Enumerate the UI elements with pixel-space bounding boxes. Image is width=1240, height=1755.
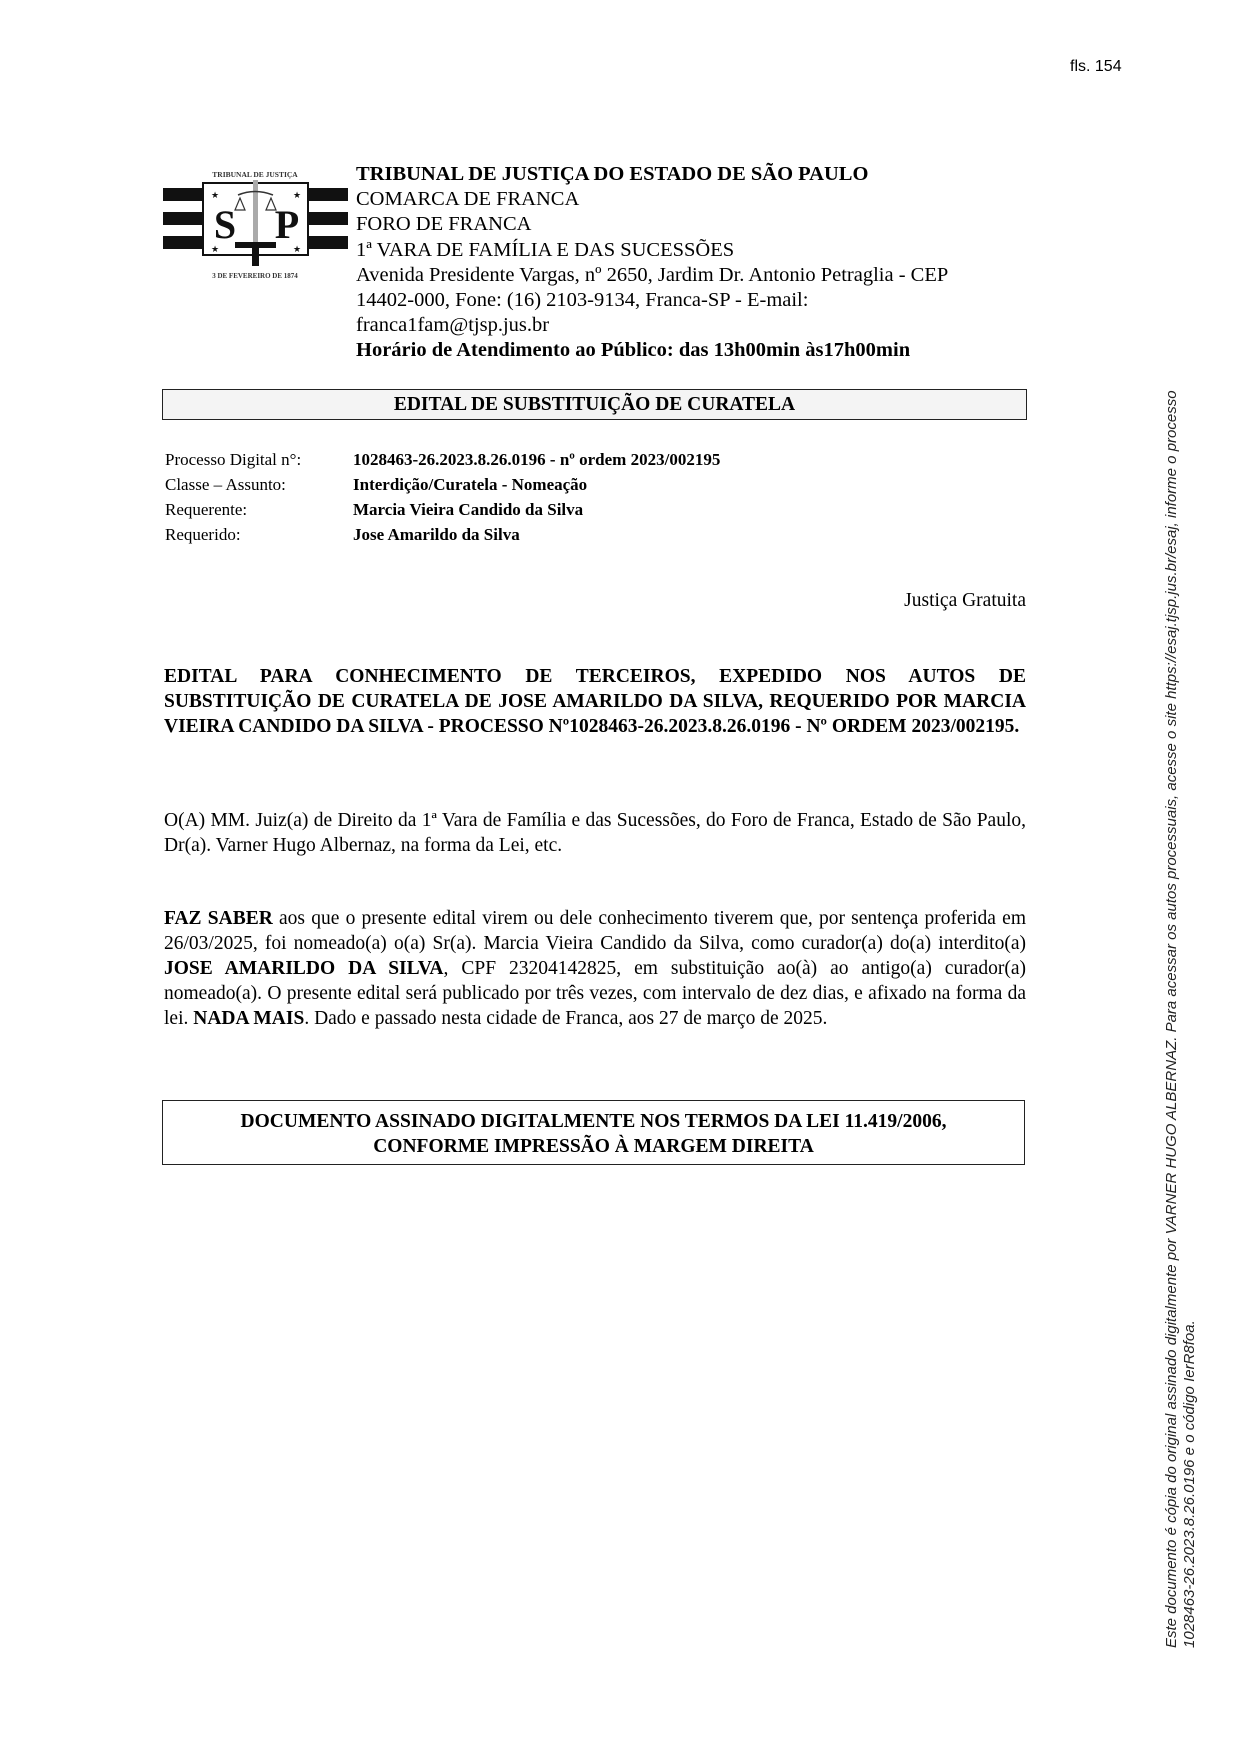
- svg-text:★: ★: [293, 190, 301, 200]
- nada-mais: NADA MAIS: [193, 1008, 304, 1029]
- office-hours: Horário de Atendimento ao Público: das 1…: [356, 338, 1036, 363]
- comarca: COMARCA DE FRANCA: [356, 187, 1036, 212]
- svg-text:★: ★: [211, 244, 219, 254]
- signature-line-1: DOCUMENTO ASSINADO DIGITALMENTE NOS TERM…: [163, 1109, 1024, 1134]
- field-label: Requerido:: [165, 522, 353, 547]
- signature-line-2: CONFORME IMPRESSÃO À MARGEM DIREITA: [163, 1134, 1024, 1159]
- faz-saber-lead: FAZ SABER: [164, 908, 273, 929]
- court-emblem-icon: TRIBUNAL DE JUSTIÇA S P ★ ★ ★ ★ 3 DE FEV…: [163, 150, 348, 285]
- svg-text:P: P: [275, 202, 299, 247]
- field-value: Interdição/Curatela - Nomeação: [353, 472, 587, 497]
- margin-line-2: 1028463-26.2023.8.26.0196 e o código Ier…: [1181, 390, 1199, 1648]
- field-row-processo: Processo Digital n°: 1028463-26.2023.8.2…: [165, 447, 720, 472]
- field-value: 1028463-26.2023.8.26.0196 - nº ordem 202…: [353, 447, 720, 472]
- svg-text:3 DE FEVEREIRO DE 1874: 3 DE FEVEREIRO DE 1874: [212, 272, 298, 280]
- court-header: TRIBUNAL DE JUSTIÇA DO ESTADO DE SÃO PAU…: [356, 162, 1036, 364]
- justica-gratuita: Justiça Gratuita: [904, 590, 1026, 612]
- field-row-requerente: Requerente: Marcia Vieira Candido da Sil…: [165, 497, 720, 522]
- svg-text:S: S: [214, 202, 236, 247]
- field-label: Requerente:: [165, 497, 353, 522]
- svg-text:TRIBUNAL DE JUSTIÇA: TRIBUNAL DE JUSTIÇA: [212, 170, 298, 179]
- field-row-requerido: Requerido: Jose Amarildo da Silva: [165, 522, 720, 547]
- text-segment: aos que o presente edital virem ou dele …: [164, 908, 1026, 954]
- process-fields: Processo Digital n°: 1028463-26.2023.8.2…: [165, 447, 720, 547]
- document-title: EDITAL DE SUBSTITUIÇÃO DE CURATELA: [162, 389, 1027, 420]
- margin-line-1: Este documento é cópia do original assin…: [1163, 390, 1181, 1648]
- paragraph-faz-saber: FAZ SABER aos que o presente edital vire…: [164, 906, 1026, 1031]
- field-row-classe: Classe – Assunto: Interdição/Curatela - …: [165, 472, 720, 497]
- tjsp-logo: TRIBUNAL DE JUSTIÇA S P ★ ★ ★ ★ 3 DE FEV…: [163, 150, 348, 285]
- svg-text:★: ★: [293, 244, 301, 254]
- vara: 1ª VARA DE FAMÍLIA E DAS SUCESSÕES: [356, 238, 1036, 263]
- paragraph-judge: O(A) MM. Juiz(a) de Direito da 1ª Vara d…: [164, 808, 1026, 858]
- field-value: Marcia Vieira Candido da Silva: [353, 497, 583, 522]
- page-number: fls. 154: [1070, 58, 1122, 76]
- edital-heading: EDITAL PARA CONHECIMENTO DE TERCEIROS, E…: [164, 664, 1026, 739]
- field-label: Classe – Assunto:: [165, 472, 353, 497]
- text-segment: . Dado e passado nesta cidade de Franca,…: [304, 1008, 827, 1029]
- field-label: Processo Digital n°:: [165, 447, 353, 472]
- email: franca1fam@tjsp.jus.br: [356, 313, 1036, 338]
- address-line-2: 14402-000, Fone: (16) 2103-9134, Franca-…: [356, 288, 1036, 313]
- digital-signature-box: DOCUMENTO ASSINADO DIGITALMENTE NOS TERM…: [162, 1100, 1025, 1165]
- margin-authentication-note: Este documento é cópia do original assin…: [1163, 390, 1199, 1648]
- court-name: TRIBUNAL DE JUSTIÇA DO ESTADO DE SÃO PAU…: [356, 162, 1036, 187]
- address-line-1: Avenida Presidente Vargas, nº 2650, Jard…: [356, 263, 1036, 288]
- field-value: Jose Amarildo da Silva: [353, 522, 520, 547]
- interdito-name: JOSE AMARILDO DA SILVA: [164, 958, 444, 979]
- svg-text:★: ★: [211, 190, 219, 200]
- foro: FORO DE FRANCA: [356, 212, 1036, 237]
